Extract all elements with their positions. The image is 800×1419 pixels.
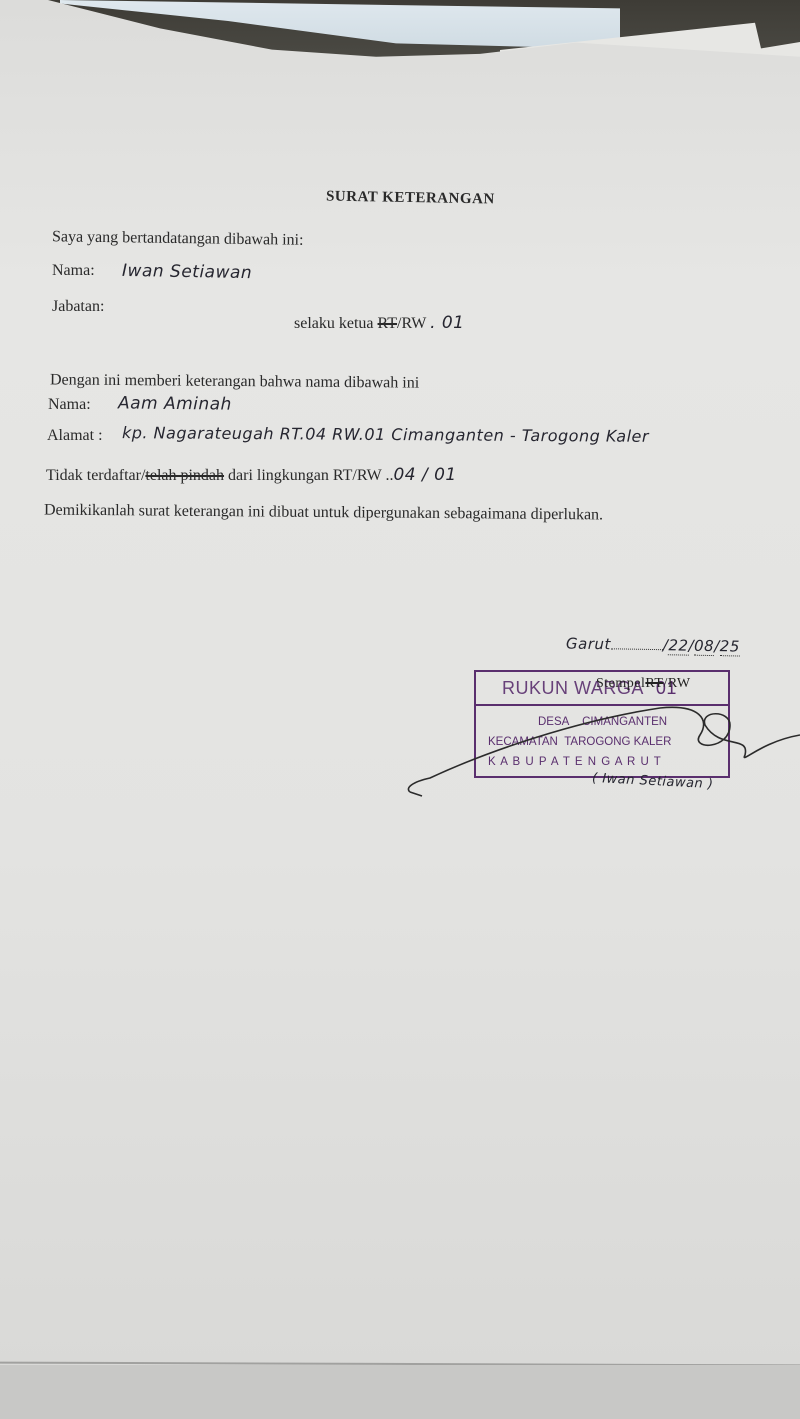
role-struck: RT (378, 315, 397, 332)
status-suffix: dari lingkungan RT/RW (228, 467, 381, 484)
date-year: 25 (720, 637, 740, 656)
status-prefix: Tidak terdaftar/ (46, 467, 145, 484)
intro-text: Saya yang bertandatangan dibawah ini: (52, 228, 304, 250)
signer-name-label: Nama: (52, 262, 95, 280)
document-title: SURAT KETERANGAN (326, 189, 495, 209)
signer-position-label: Jabatan: (52, 298, 104, 316)
photo-scene: SURAT KETERANGAN Saya yang bertandatanga… (0, 0, 800, 1419)
signature-scribble (400, 680, 800, 810)
status-struck: telah pindah (145, 467, 224, 484)
place-date: Garut/22/08/25 (566, 634, 740, 656)
letter-document: SURAT KETERANGAN Saya yang bertandatanga… (0, 0, 800, 1419)
date-month: 08 (694, 637, 714, 656)
place-value: Garut (566, 634, 611, 653)
closing-text: Demikikanlah surat keterangan ini dibuat… (44, 502, 603, 525)
subject-address-label: Alamat : (47, 427, 103, 445)
date-day: 22 (668, 636, 688, 655)
subject-name-value: Aam Aminah (118, 393, 232, 414)
signer-role-line: selaku ketua RT/RW . 01 (294, 313, 465, 333)
role-prefix: selaku ketua (294, 315, 374, 332)
role-value: . 01 (430, 313, 464, 333)
subject-name-label: Nama: (48, 396, 91, 414)
statement-text: Dengan ini memberi keterangan bahwa nama… (50, 371, 419, 392)
status-value: 04 / 01 (393, 465, 456, 485)
signer-name-value: Iwan Setiawan (122, 261, 253, 283)
status-line: Tidak terdaftar/telah pindah dari lingku… (46, 465, 457, 485)
role-suffix: /RW (397, 315, 426, 332)
subject-address-value: kp. Nagarateugah RT.04 RW.01 Cimanganten… (122, 423, 649, 446)
